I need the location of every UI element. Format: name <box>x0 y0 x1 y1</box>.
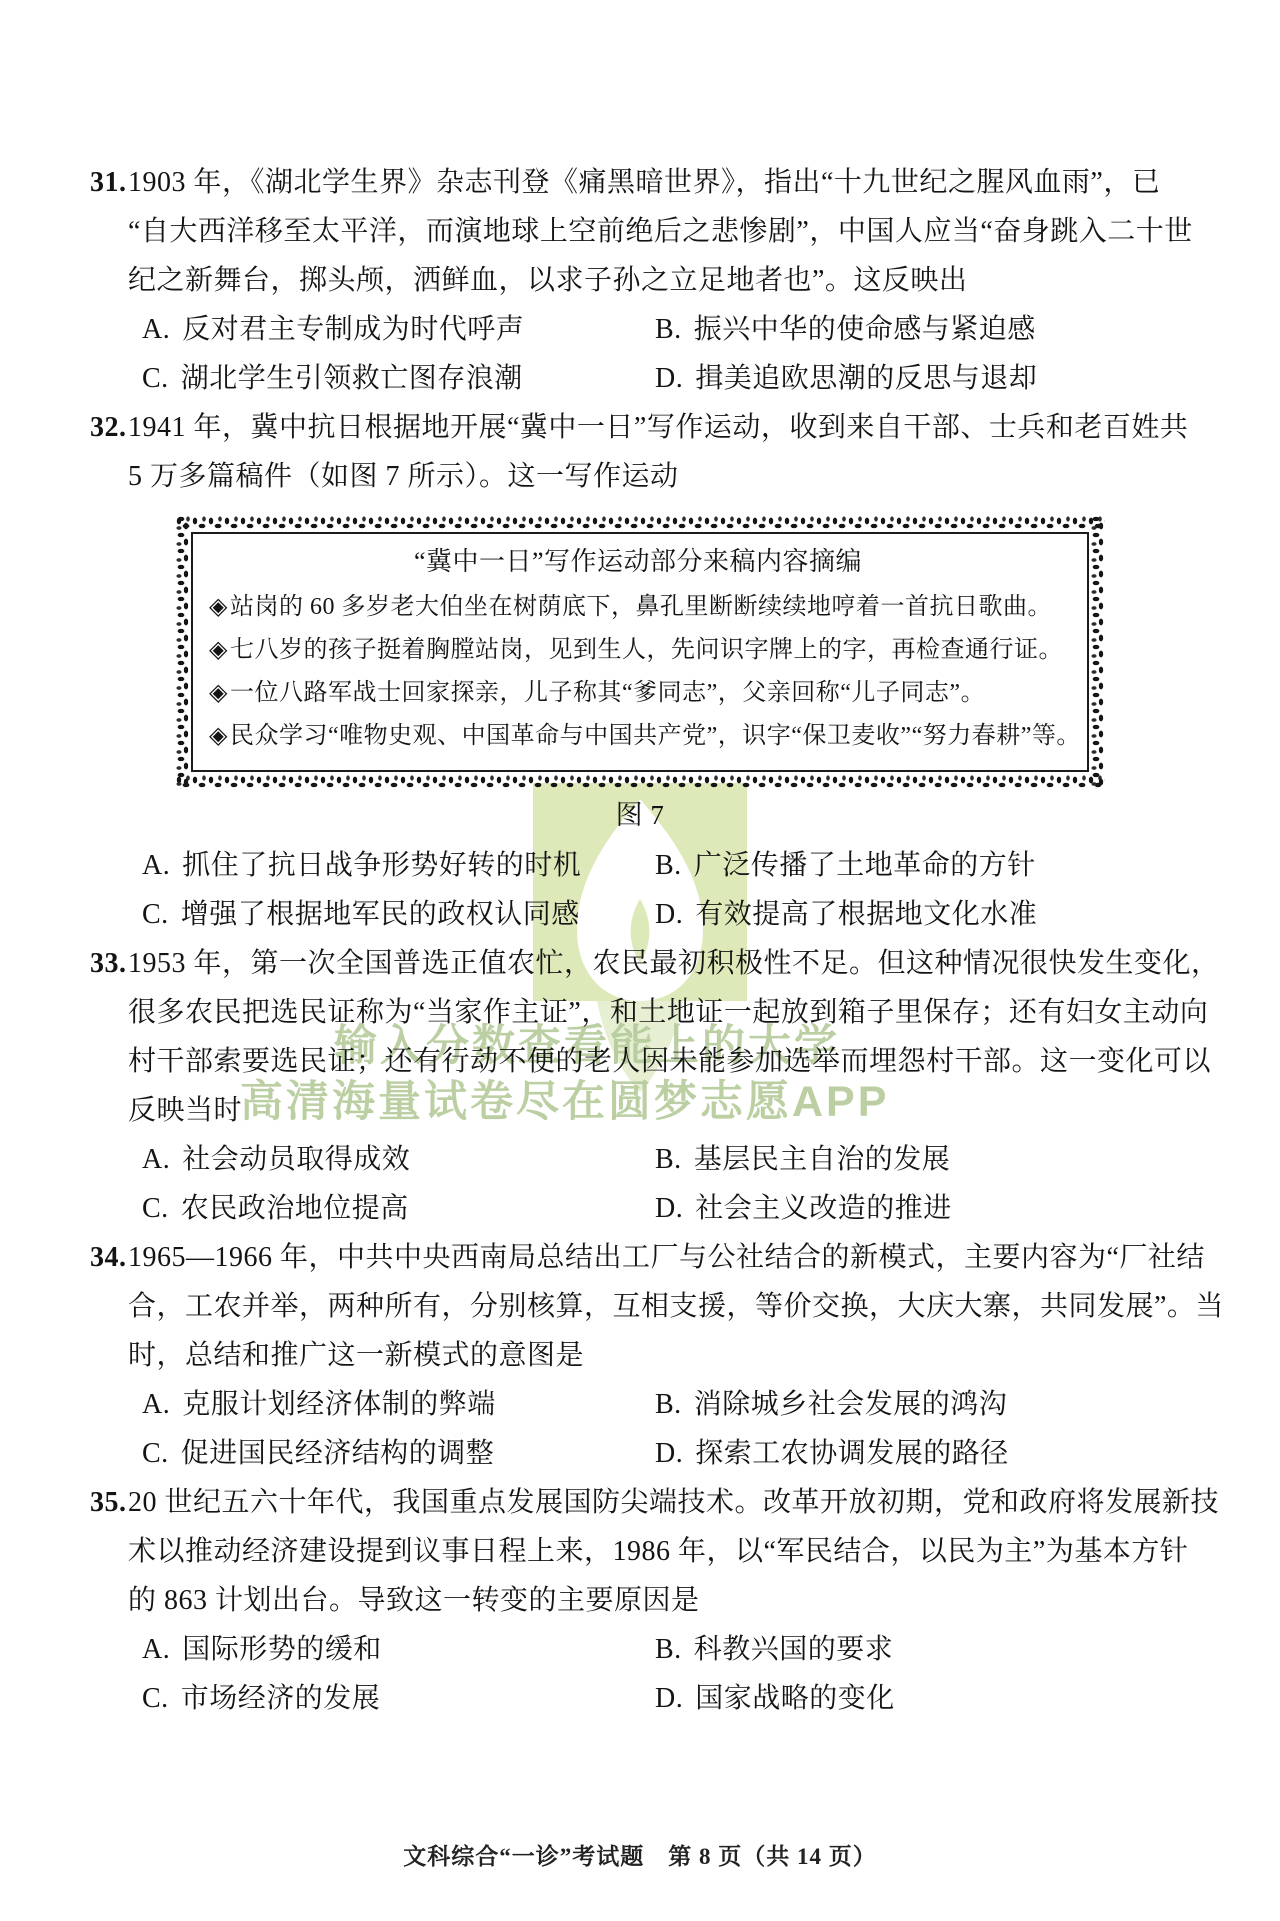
option-text: 科教兴国的要求 <box>694 1625 894 1674</box>
ornamental-border-right <box>1090 515 1105 789</box>
option-text: 克服计划经济体制的弊端 <box>182 1380 496 1429</box>
option-label: C. <box>142 1429 169 1478</box>
question-text-line: 1941 年，冀中抗日根据地开展“冀中一日”写作运动，收到来自干部、士兵和老百姓… <box>128 403 1197 452</box>
figure-item: ◈一位八路军战士回家探亲，儿子称其“爹同志”，父亲回称“儿子同志”。 <box>209 672 1067 715</box>
exam-page: 输入分数查看能上的大学 高清海量试卷尽在圆梦志愿APP 31. 1903 年，《… <box>0 0 1280 1921</box>
question-34: 34. 1965—1966 年，中共中央西南局总结出工厂与公社结合的新模式，主要… <box>92 1233 1197 1478</box>
ornamental-border-bottom <box>175 774 1105 789</box>
option-label: B. <box>655 1135 682 1184</box>
option-label: B. <box>655 1380 682 1429</box>
option-c: C. 促进国民经济结构的调整 <box>142 1429 655 1478</box>
figure-item: ◈民众学习“唯物史观、中国革命与中国共产党”，识字“保卫麦收”“努力春耕”等。 <box>209 715 1067 758</box>
option-text: 市场经济的发展 <box>181 1674 381 1723</box>
figure-caption: 图 7 <box>175 789 1105 841</box>
option-text: 反对君主专制成为时代呼声 <box>182 305 524 354</box>
option-text: 探索工农协调发展的路径 <box>695 1429 1009 1478</box>
option-d: D. 探索工农协调发展的路径 <box>655 1429 1009 1478</box>
options-row: A. 抓住了抗日战争形势好转的时机 B. 广泛传播了土地革命的方针 <box>128 841 1197 890</box>
diamond-bullet-icon: ◈ <box>209 680 228 706</box>
question-text-line: 1965—1966 年，中共中央西南局总结出工厂与公社结合的新模式，主要内容为“… <box>128 1233 1197 1282</box>
option-text: 湖北学生引领救亡图存浪潮 <box>181 354 523 403</box>
option-label: D. <box>655 354 683 403</box>
option-text: 揖美追欧思潮的反思与退却 <box>695 354 1037 403</box>
question-text-line: 合，工农并举，两种所有，分别核算，互相支援，等价交换，大庆大寨，共同发展”。当 <box>128 1282 1197 1331</box>
option-a: A. 抓住了抗日战争形势好转的时机 <box>142 841 655 890</box>
question-text-line: “自大西洋移至太平洋，而演地球上空前绝后之悲惨剧”，中国人应当“奋身跳入二十世 <box>128 207 1197 256</box>
option-label: A. <box>142 1135 170 1184</box>
option-c: C. 增强了根据地军民的政权认同感 <box>142 890 655 939</box>
diamond-bullet-icon: ◈ <box>209 723 228 749</box>
option-label: A. <box>142 1380 170 1429</box>
question-text-line: 术以推动经济建设提到议事日程上来，1986 年，以“军民结合，以民为主”为基本方… <box>128 1527 1197 1576</box>
option-label: C. <box>142 354 169 403</box>
option-text: 社会动员取得成效 <box>182 1135 410 1184</box>
option-c: C. 市场经济的发展 <box>142 1674 655 1723</box>
option-a: A. 反对君主专制成为时代呼声 <box>142 305 655 354</box>
option-c: C. 农民政治地位提高 <box>142 1184 655 1233</box>
option-c: C. 湖北学生引领救亡图存浪潮 <box>142 354 655 403</box>
option-text: 国家战略的变化 <box>695 1674 895 1723</box>
question-35: 35. 20 世纪五六十年代，我国重点发展国防尖端技术。改革开放初期，党和政府将… <box>92 1478 1197 1723</box>
option-a: A. 克服计划经济体制的弊端 <box>142 1380 655 1429</box>
figure-item: ◈站岗的 60 多岁老大伯坐在树荫底下，鼻孔里断断续续地哼着一首抗日歌曲。 <box>209 586 1067 629</box>
options-row: C. 市场经济的发展 D. 国家战略的变化 <box>128 1674 1197 1723</box>
option-text: 抓住了抗日战争形势好转的时机 <box>182 841 581 890</box>
option-text: 促进国民经济结构的调整 <box>181 1429 495 1478</box>
question-text-line: 5 万多篇稿件（如图 7 所示）。这一写作运动 <box>128 452 1197 501</box>
option-d: D. 社会主义改造的推进 <box>655 1184 952 1233</box>
options-row: A. 反对君主专制成为时代呼声 B. 振兴中华的使命感与紧迫感 <box>128 305 1197 354</box>
question-text-line: 纪之新舞台，掷头颅，洒鲜血，以求子孙之立足地者也”。这反映出 <box>128 256 1197 305</box>
question-text-line: 很多农民把选民证称为“当家作主证”，和土地证一起放到箱子里保存；还有妇女主动向 <box>128 988 1197 1037</box>
question-text-line: 1903 年，《湖北学生界》杂志刊登《痛黑暗世界》，指出“十九世纪之腥风血雨”，… <box>128 158 1197 207</box>
option-label: D. <box>655 1429 683 1478</box>
option-text: 消除城乡社会发展的鸿沟 <box>694 1380 1008 1429</box>
option-text: 有效提高了根据地文化水准 <box>695 890 1037 939</box>
option-d: D. 有效提高了根据地文化水准 <box>655 890 1037 939</box>
options-row: C. 增强了根据地军民的政权认同感 D. 有效提高了根据地文化水准 <box>128 890 1197 939</box>
question-text-line: 时，总结和推广这一新模式的意图是 <box>128 1331 1197 1380</box>
option-label: B. <box>655 305 682 354</box>
options-row: C. 湖北学生引领救亡图存浪潮 D. 揖美追欧思潮的反思与退却 <box>128 354 1197 403</box>
question-number: 31. <box>90 158 127 207</box>
figure-title: “冀中一日”写作运动部分来稿内容摘编 <box>209 538 1067 586</box>
option-text: 国际形势的缓和 <box>182 1625 382 1674</box>
question-number: 35. <box>90 1478 127 1527</box>
option-d: D. 揖美追欧思潮的反思与退却 <box>655 354 1037 403</box>
question-31: 31. 1903 年，《湖北学生界》杂志刊登《痛黑暗世界》，指出“十九世纪之腥风… <box>92 158 1197 403</box>
option-label: D. <box>655 890 683 939</box>
question-number: 33. <box>90 939 127 988</box>
option-text: 广泛传播了土地革命的方针 <box>694 841 1036 890</box>
question-text-line: 20 世纪五六十年代，我国重点发展国防尖端技术。改革开放初期，党和政府将发展新技 <box>128 1478 1197 1527</box>
options-row: A. 社会动员取得成效 B. 基层民主自治的发展 <box>128 1135 1197 1184</box>
option-a: A. 国际形势的缓和 <box>142 1625 655 1674</box>
option-label: D. <box>655 1184 683 1233</box>
option-label: B. <box>655 841 682 890</box>
question-text-line: 1953 年，第一次全国普选正值农忙，农民最初积极性不足。但这种情况很快发生变化… <box>128 939 1197 988</box>
options-row: A. 克服计划经济体制的弊端 B. 消除城乡社会发展的鸿沟 <box>128 1380 1197 1429</box>
options-row: C. 促进国民经济结构的调整 D. 探索工农协调发展的路径 <box>128 1429 1197 1478</box>
ornamental-border-top <box>175 515 1105 530</box>
option-label: C. <box>142 1184 169 1233</box>
question-text-line: 村干部索要选民证；还有行动不便的老人因未能参加选举而埋怨村干部。这一变化可以 <box>128 1037 1197 1086</box>
figure-item-text: 七八岁的孩子挺着胸膛站岗，见到生人，先问识字牌上的字，再检查通行证。 <box>230 637 1063 663</box>
figure-item-text: 一位八路军战士回家探亲，儿子称其“爹同志”，父亲回称“儿子同志”。 <box>230 680 985 706</box>
option-label: A. <box>142 841 170 890</box>
figure-7-box: “冀中一日”写作运动部分来稿内容摘编 ◈站岗的 60 多岁老大伯坐在树荫底下，鼻… <box>175 515 1105 789</box>
option-label: C. <box>142 1674 169 1723</box>
option-b: B. 广泛传播了土地革命的方针 <box>655 841 1036 890</box>
figure-item-text: 站岗的 60 多岁老大伯坐在树荫底下，鼻孔里断断续续地哼着一首抗日歌曲。 <box>230 594 1052 620</box>
question-33: 33. 1953 年，第一次全国普选正值农忙，农民最初积极性不足。但这种情况很快… <box>92 939 1197 1233</box>
option-a: A. 社会动员取得成效 <box>142 1135 655 1184</box>
question-32: 32. 1941 年，冀中抗日根据地开展“冀中一日”写作运动，收到来自干部、士兵… <box>92 403 1197 939</box>
figure-item-text: 民众学习“唯物史观、中国革命与中国共产党”，识字“保卫麦收”“努力春耕”等。 <box>230 723 1081 749</box>
option-text: 社会主义改造的推进 <box>695 1184 952 1233</box>
question-text-line: 反映当时 <box>128 1086 1197 1135</box>
options-row: C. 农民政治地位提高 D. 社会主义改造的推进 <box>128 1184 1197 1233</box>
option-text: 农民政治地位提高 <box>181 1184 409 1233</box>
options-row: A. 国际形势的缓和 B. 科教兴国的要求 <box>128 1625 1197 1674</box>
diamond-bullet-icon: ◈ <box>209 637 228 663</box>
option-label: D. <box>655 1674 683 1723</box>
page-footer: 文科综合“一诊”考试题 第 8 页（共 14 页） <box>0 1838 1280 1871</box>
exam-content: 31. 1903 年，《湖北学生界》杂志刊登《痛黑暗世界》，指出“十九世纪之腥风… <box>92 158 1197 1723</box>
figure-item: ◈七八岁的孩子挺着胸膛站岗，见到生人，先问识字牌上的字，再检查通行证。 <box>209 629 1067 672</box>
option-label: B. <box>655 1625 682 1674</box>
question-number: 32. <box>90 403 127 452</box>
question-number: 34. <box>90 1233 127 1282</box>
figure-inner-frame: “冀中一日”写作运动部分来稿内容摘编 ◈站岗的 60 多岁老大伯坐在树荫底下，鼻… <box>191 532 1089 772</box>
option-text: 振兴中华的使命感与紧迫感 <box>694 305 1036 354</box>
ornamental-border-left <box>175 515 190 789</box>
option-label: A. <box>142 305 170 354</box>
option-b: B. 基层民主自治的发展 <box>655 1135 950 1184</box>
option-label: C. <box>142 890 169 939</box>
option-b: B. 科教兴国的要求 <box>655 1625 893 1674</box>
option-b: B. 振兴中华的使命感与紧迫感 <box>655 305 1036 354</box>
question-text-line: 的 863 计划出台。导致这一转变的主要原因是 <box>128 1576 1197 1625</box>
option-b: B. 消除城乡社会发展的鸿沟 <box>655 1380 1007 1429</box>
diamond-bullet-icon: ◈ <box>209 594 228 620</box>
option-text: 增强了根据地军民的政权认同感 <box>181 890 580 939</box>
option-label: A. <box>142 1625 170 1674</box>
option-d: D. 国家战略的变化 <box>655 1674 895 1723</box>
option-text: 基层民主自治的发展 <box>694 1135 951 1184</box>
